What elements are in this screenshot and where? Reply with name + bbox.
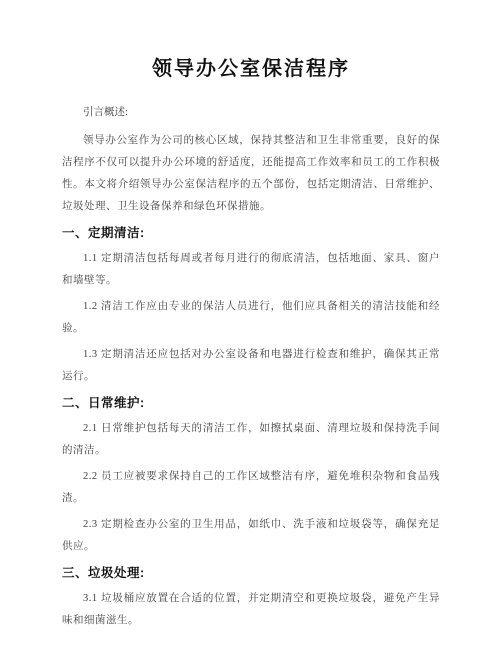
- section-item-1-3: 1.3 定期清洁还应包括对办公室设备和电器进行检查和维护，确保其正常运行。: [62, 344, 440, 388]
- section-heading-regular-cleaning: 一、定期清洁:: [62, 222, 440, 244]
- document-title: 领导办公室保洁程序: [62, 56, 440, 82]
- section-item-2-2: 2.2 员工应被要求保持自己的工作区域整洁有序，避免堆积杂物和食品残渣。: [62, 466, 440, 510]
- section-item-2-3: 2.3 定期检查办公室的卫生用品，如纸巾、洗手液和垃圾袋等，确保充足供应。: [62, 514, 440, 558]
- document-page: 领导办公室保洁程序 引言概述: 领导办公室作为公司的核心区域，保持其整洁和卫生非…: [0, 0, 502, 649]
- section-item-2-1: 2.1 日常维护包括每天的清洁工作，如擦拭桌面、清理垃圾和保持洗手间的清洁。: [62, 418, 440, 462]
- section-item-1-1: 1.1 定期清洁包括每周或者每月进行的彻底清洁，包括地面、家具、窗户和墙壁等。: [62, 248, 440, 292]
- intro-label: 引言概述:: [62, 102, 440, 124]
- intro-paragraph: 领导办公室作为公司的核心区域，保持其整洁和卫生非常重要，良好的保洁程序不仅可以提…: [62, 130, 440, 218]
- section-heading-daily-maintenance: 二、日常维护:: [62, 392, 440, 414]
- section-heading-garbage-disposal: 三、垃圾处理:: [62, 562, 440, 584]
- section-item-1-2: 1.2 清洁工作应由专业的保洁人员进行，他们应具备相关的清洁技能和经验。: [62, 296, 440, 340]
- section-item-3-1: 3.1 垃圾桶应放置在合适的位置，并定期清空和更换垃圾袋，避免产生异味和细菌滋生…: [62, 588, 440, 632]
